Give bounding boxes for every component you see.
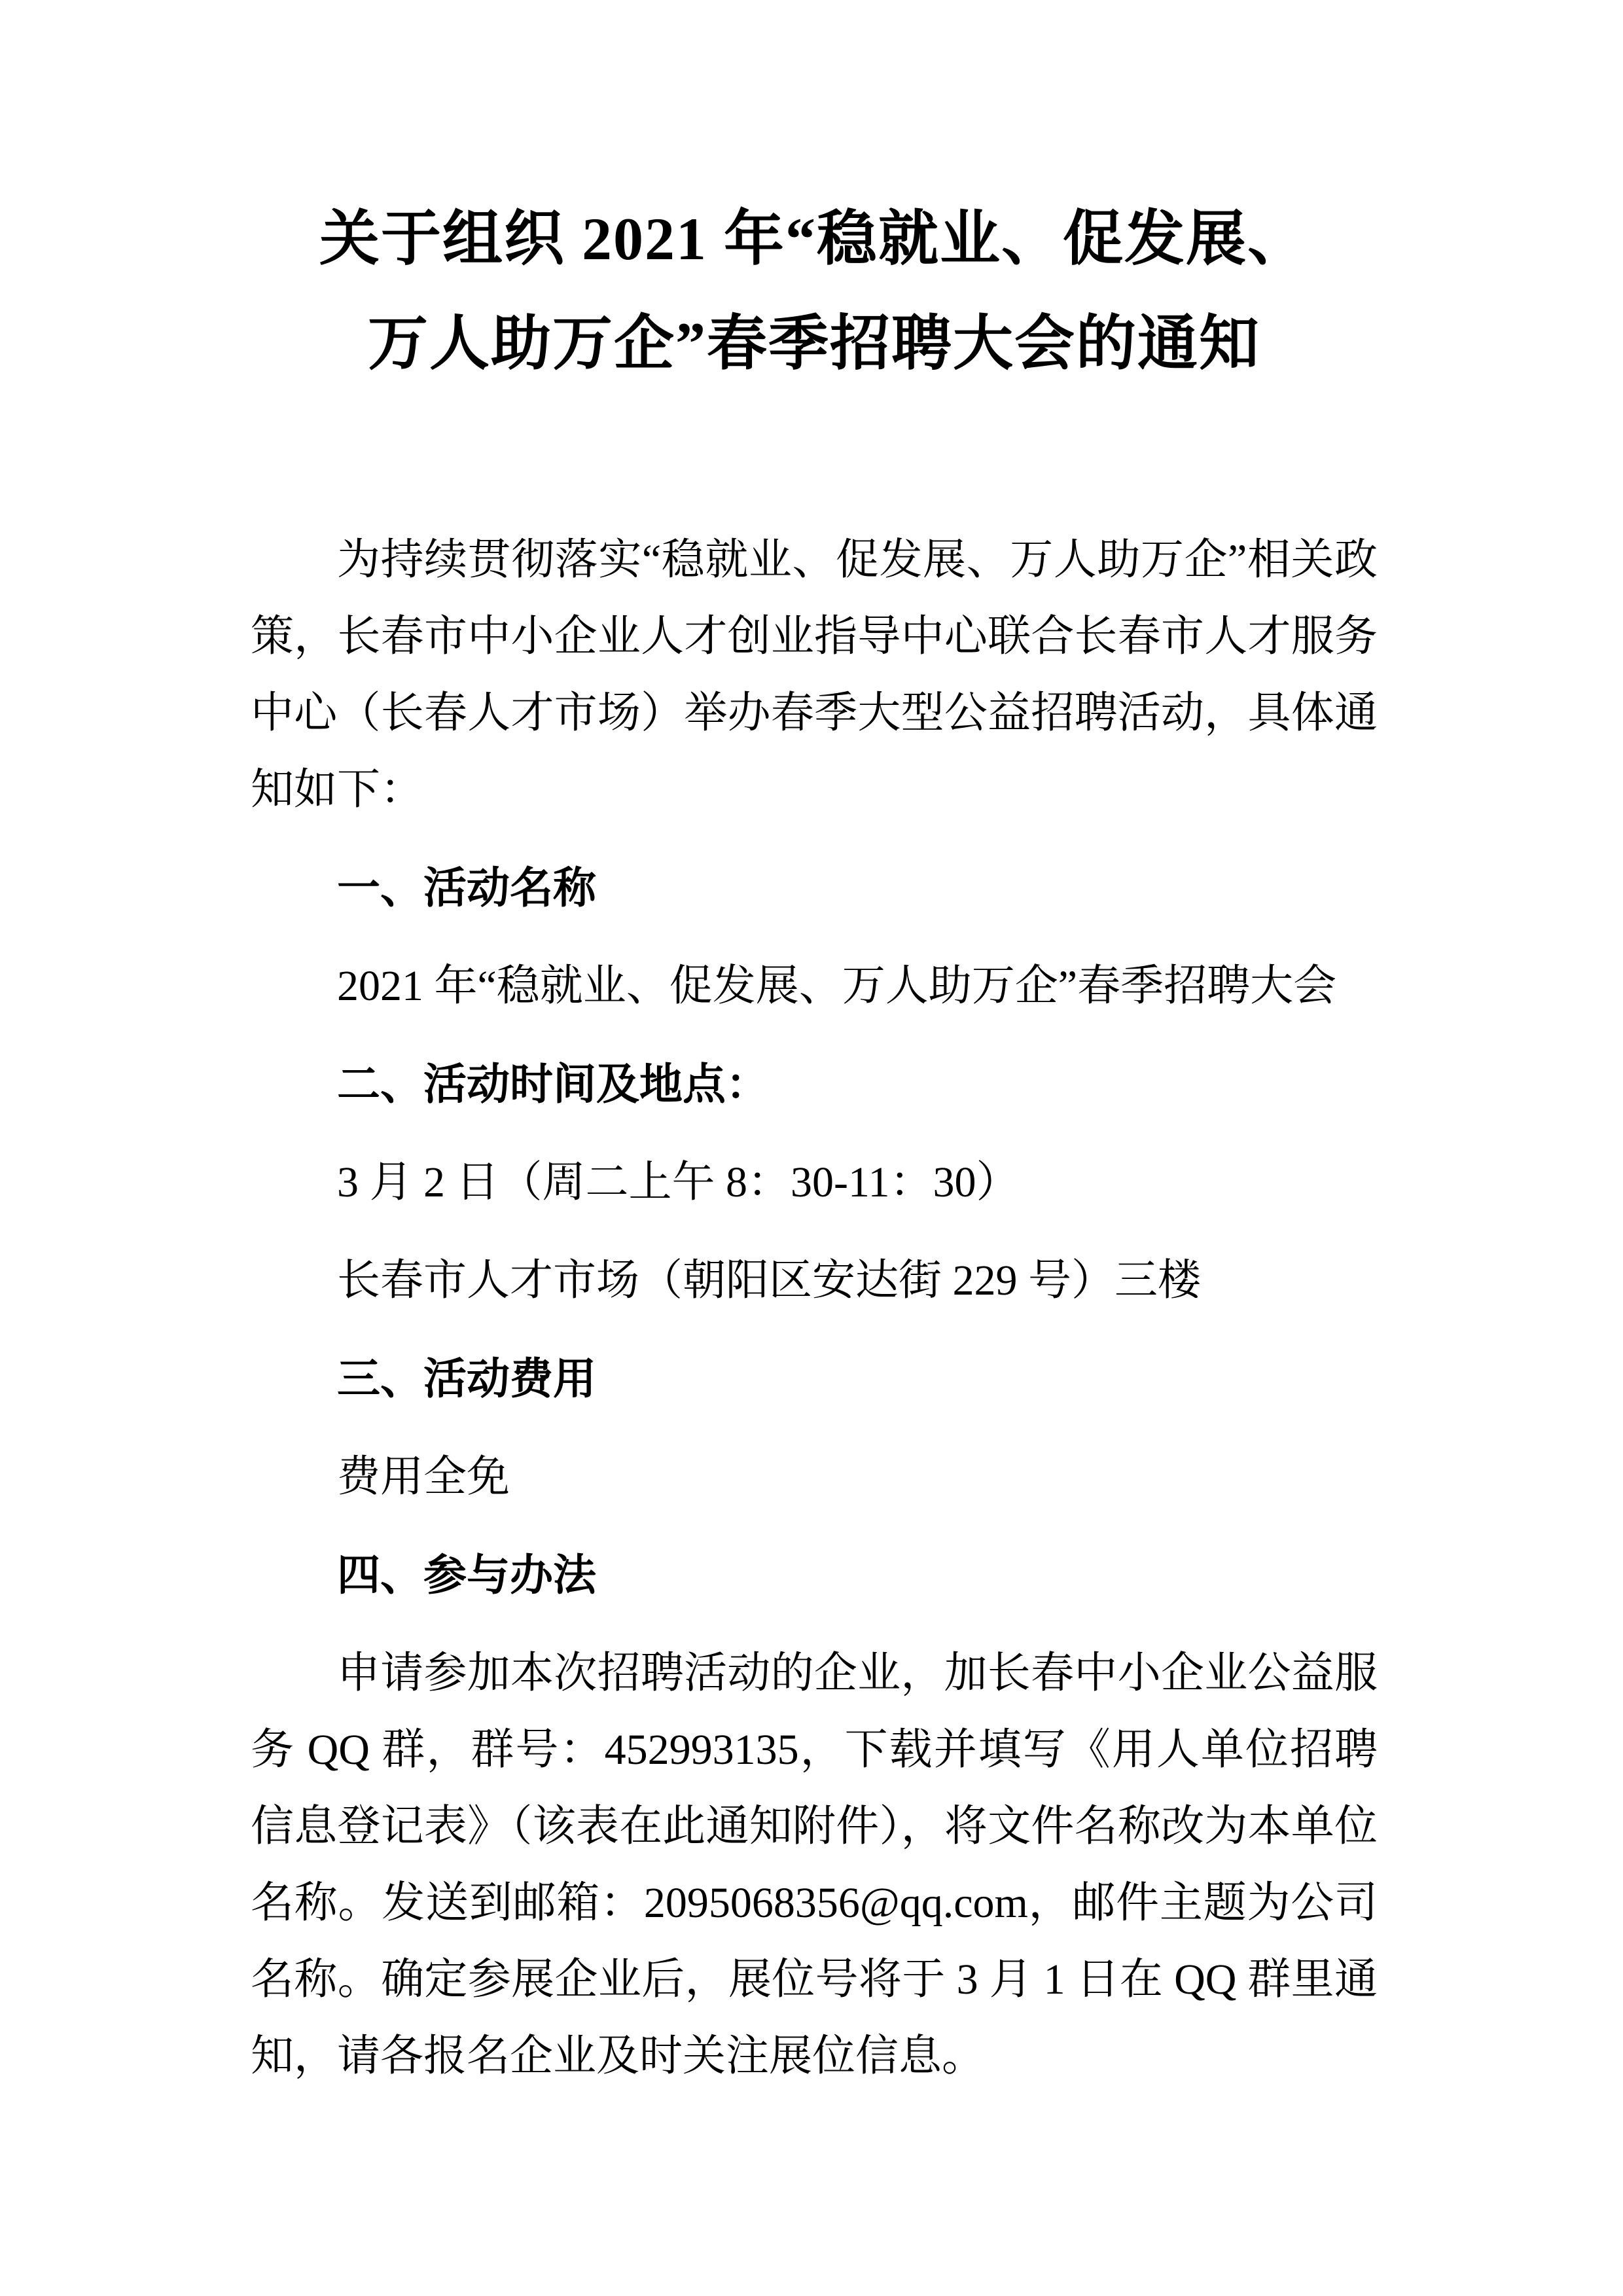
title-line-1: 关于组织 2021 年“稳就业、促发展、 (251, 187, 1378, 291)
activity-name-line: 2021 年“稳就业、促发展、万人助万企”春季招聘大会 (251, 948, 1378, 1024)
title-line-2: 万人助万企”春季招聘大会的通知 (251, 291, 1378, 396)
section-heading-activity-name: 一、活动名称 (251, 850, 1378, 926)
notice-document-page: 关于组织 2021 年“稳就业、促发展、 万人助万企”春季招聘大会的通知 为持续… (0, 0, 1623, 2296)
section-heading-time-place: 二、活动时间及地点： (251, 1046, 1378, 1122)
section-heading-participation: 四、参与办法 (251, 1537, 1378, 1613)
participation-paragraph: 申请参加本次招聘活动的企业，加长春中小企业公益服务 QQ 群，群号：452993… (251, 1635, 1378, 2094)
fee-line: 费用全免 (251, 1439, 1378, 1515)
activity-place-line: 长春市人才市场（朝阳区安达街 229 号）三楼 (251, 1242, 1378, 1319)
activity-time-line: 3 月 2 日（周二上午 8：30-11：30） (251, 1144, 1378, 1221)
intro-paragraph: 为持续贯彻落实“稳就业、促发展、万人助万企”相关政策，长春市中小企业人才创业指导… (251, 522, 1378, 828)
document-title: 关于组织 2021 年“稳就业、促发展、 万人助万企”春季招聘大会的通知 (251, 187, 1378, 396)
section-heading-fee: 三、活动费用 (251, 1340, 1378, 1417)
